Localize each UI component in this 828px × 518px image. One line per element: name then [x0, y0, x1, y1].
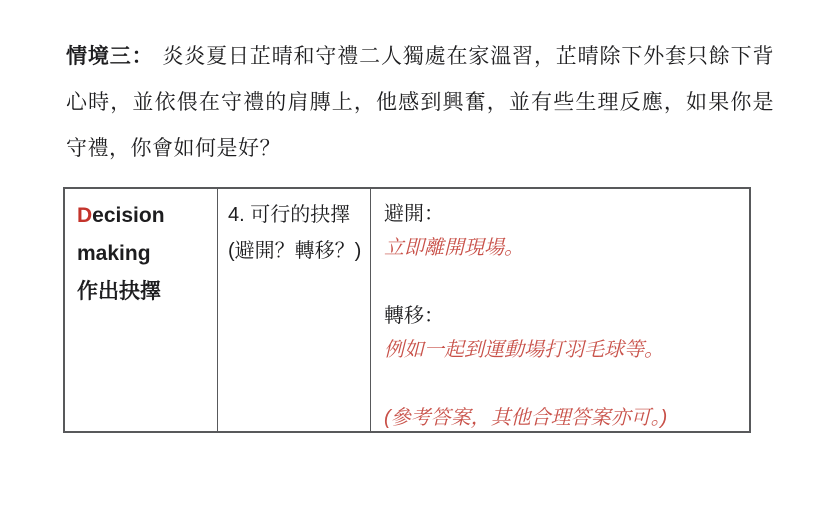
- avoid-answer: 立即離開現場。: [384, 231, 743, 265]
- question-options-line: (避開？轉移？): [228, 233, 368, 269]
- divert-answer: 例如一起到運動場打羽毛球等。: [384, 333, 743, 367]
- decision-chinese-line: 作出抉擇: [77, 273, 211, 311]
- decision-initial-letter: D: [77, 204, 92, 227]
- decision-word-line: Decision: [77, 197, 211, 235]
- reference-answer-note: (參考答案，其他合理答案亦可。): [384, 401, 743, 431]
- table-cell-question: 4. 可行的抉擇 (避開？轉移？): [217, 189, 370, 431]
- scenario-text: 炎炎夏日芷晴和守禮二人獨處在家溫習，芷晴除下外套只餘下背心時，並依偎在守禮的肩膞…: [66, 45, 774, 160]
- table-cell-decision-making: Decision making 作出抉擇: [65, 189, 217, 431]
- decision-word-rest: ecision: [92, 204, 164, 227]
- decision-table: Decision making 作出抉擇 4. 可行的抉擇 (避開？轉移？) 避…: [63, 187, 751, 433]
- question-number-line: 4. 可行的抉擇: [228, 197, 368, 233]
- making-word-line: making: [77, 235, 211, 273]
- table-cell-answers: 避開： 立即離開現場。 轉移： 例如一起到運動場打羽毛球等。 (參考答案，其他合…: [370, 189, 749, 431]
- avoid-label: 避開：: [384, 197, 743, 231]
- divert-label: 轉移：: [384, 299, 743, 333]
- scenario-paragraph: 情境三：炎炎夏日芷晴和守禮二人獨處在家溫習，芷晴除下外套只餘下背心時，並依偎在守…: [66, 34, 774, 172]
- scenario-label: 情境三：: [66, 45, 153, 68]
- document-page: 情境三：炎炎夏日芷晴和守禮二人獨處在家溫習，芷晴除下外套只餘下背心時，並依偎在守…: [0, 0, 828, 518]
